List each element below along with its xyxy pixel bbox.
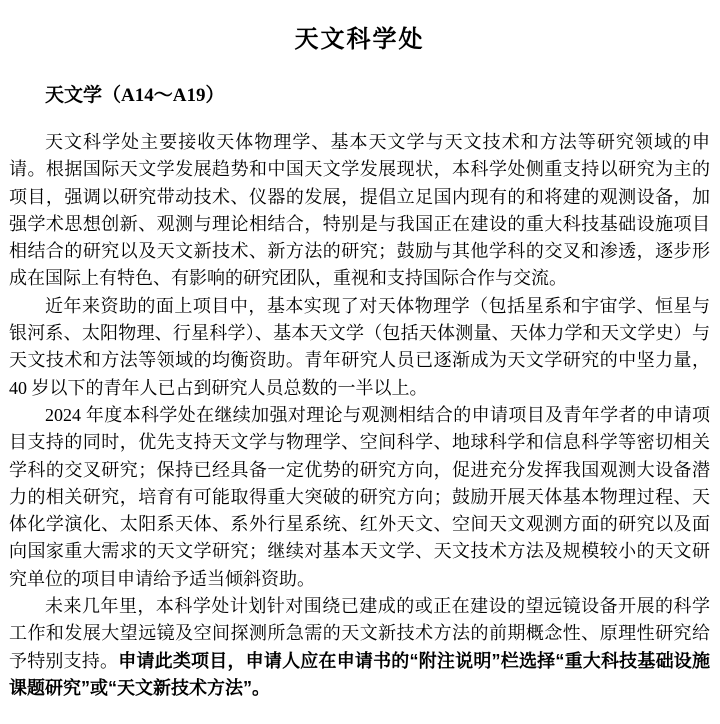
- paragraph-overview: 天文科学处主要接收天体物理学、基本天文学与天文技术和方法等研究领域的申请。根据国…: [9, 129, 710, 293]
- document-title: 天文科学处: [9, 27, 710, 53]
- paragraph-recent-funding: 近年来资助的面上项目中，基本实现了对天体物理学（包括星系和宇宙学、恒星与银河系、…: [9, 293, 710, 402]
- paragraph-2024-priorities: 2024 年度本科学处在继续加强对理论与观测相结合的申请项目及青年学者的申请项目…: [9, 402, 710, 593]
- section-heading: 天文学（A14～A19）: [45, 86, 710, 106]
- document-page: 天文科学处 天文学（A14～A19） 天文科学处主要接收天体物理学、基本天文学与…: [0, 0, 720, 724]
- paragraph-future-plans: 未来几年里，本科学处计划针对围绕已建成的或正在建设的望远镜设备开展的科学工作和发…: [9, 593, 710, 702]
